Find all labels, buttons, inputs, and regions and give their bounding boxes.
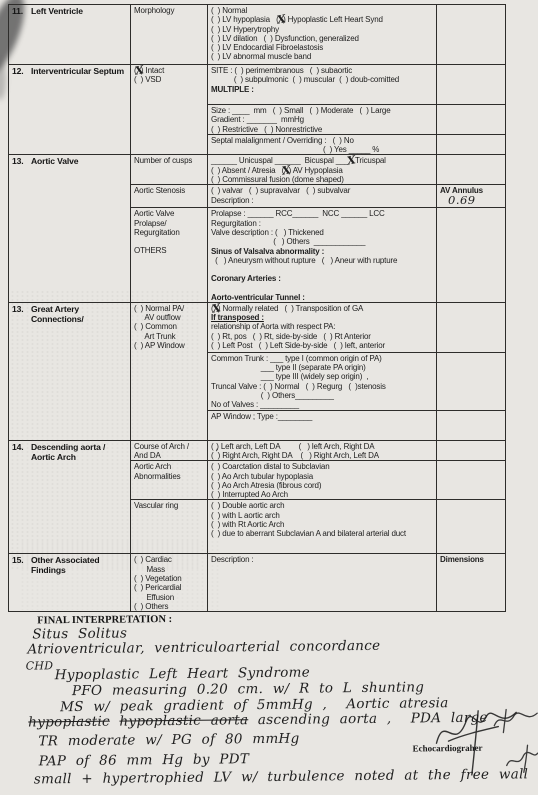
struck-word: hypoplastic <box>28 714 110 731</box>
field-label: Prolapse/ <box>134 219 204 228</box>
checkbox-option-line: ( ) with Rt Aortic Arch <box>211 520 433 529</box>
cell-prolapse-details: Prolapse : ______ RCC______ NCC ______ L… <box>208 208 437 302</box>
checkbox-option-line: ( ,) Left arch, Left DA ( ) left Arch, R… <box>211 442 433 451</box>
field-label: Morphology <box>134 6 204 15</box>
section-number: 13. <box>12 304 27 324</box>
checkbox-option-line: ( ) LV hypoplasia (X) Hypoplastic Left H… <box>211 15 433 24</box>
cell-ap-window: AP Window ; Type :________ <box>208 410 437 440</box>
margin-scribble <box>503 743 538 773</box>
field-label: Coronary Arteries : <box>211 274 433 283</box>
checkbox-option-line: Mass <box>134 565 204 574</box>
checkbox-option-line: Art Trunk <box>134 332 204 341</box>
checkbox-option-line: ( ) Normal <box>211 6 433 15</box>
cell-lv-morphology-options: ( ) Normal ( ) LV hypoplasia (X) Hypopla… <box>208 5 437 65</box>
cell-empty <box>437 105 506 135</box>
handwritten-line: CHD <box>26 659 54 672</box>
field-label: Aortic Stenosis <box>134 186 204 195</box>
cell-empty <box>437 461 506 500</box>
handwritten-x-mark: X <box>347 161 355 162</box>
checkbox-option-line: ( ) with L aortic arch <box>211 511 433 520</box>
checkbox-option-line: ( ) Vegetation <box>134 574 204 583</box>
handwritten-line: Atrioventricular, ventriculoarterial con… <box>27 638 380 658</box>
option-text: ( ) LV hypoplasia ( <box>211 15 279 24</box>
checkbox-option-line: Regurgitation : <box>211 219 433 228</box>
option-text: ) AV Hypoplasia <box>289 166 343 175</box>
option-text: Tricuspal <box>353 156 386 165</box>
scan-smudge <box>0 60 6 100</box>
checkbox-option-line: Septal malalignment / Overriding : ( ) N… <box>211 136 433 145</box>
checkbox-option-line: Prolapse : ______ RCC______ NCC ______ L… <box>211 209 433 218</box>
checkbox-option-line: ___ type II (separate PA origin) <box>211 363 433 372</box>
checkbox-option-line: AV outflow <box>134 313 204 322</box>
section-number: 14. <box>12 442 27 462</box>
cell-ga-type-options: ( ) Normal PA/ AV outflow ( ) Common Art… <box>131 302 208 440</box>
option-text: ) Left arch, Left DA ( ) left Arch, Righ… <box>216 442 374 451</box>
row-interventricular-septum: 12.Interventricular Septum (X) Intact ( … <box>9 65 506 105</box>
checkbox-option-line: Valve description : ( ) Thickened <box>211 228 433 237</box>
checkbox-option-line: ( ) subpulmonic ( ) muscular ( ) doub-co… <box>211 75 433 84</box>
section-number: 11. <box>12 6 27 16</box>
cell-ga-relation: (X) Normally related ( ) Transposition o… <box>208 302 437 352</box>
handwritten-x-mark: X <box>277 20 285 21</box>
section-title: Descending aorta / Aortic Arch <box>31 442 127 462</box>
field-label: Regurgitation <box>134 228 204 237</box>
scanned-echocardiography-report: { "colors": {"page_bg": "#e8e6e2", "ink"… <box>0 0 538 795</box>
checkbox-option-line: ( ) Commissural fusion (dome shaped) <box>211 175 433 184</box>
cell-empty <box>437 155 506 185</box>
option-text: ) Intact <box>141 66 164 75</box>
checkbox-option-line: ( ) Others ____________ <box>211 237 433 246</box>
cell-arch-course-label: Course of Arch / And DA <box>131 440 208 461</box>
option-text: ) Hypoplastic Left Heart Synd <box>283 15 383 24</box>
struck-word: hypoplastic aorta <box>119 712 248 729</box>
checkbox-option-line: ( ) LV Endocardial Fibroelastosis <box>211 43 433 52</box>
checkbox-option-line: Truncal Valve : ( ) Normal ( ) Regurg ( … <box>211 382 433 391</box>
checkbox-option-line: (X) Normally related ( ) Transposition o… <box>211 304 433 313</box>
cell-av-annulus: AV Annulus 0.69 <box>437 185 506 208</box>
handwritten-text: ascending aorta , <box>248 711 391 728</box>
cell-empty <box>437 208 506 302</box>
field-label: Abnormalities <box>134 472 204 481</box>
cell-vascular-ring-options: ( ) Double aortic arch ( ) with L aortic… <box>208 500 437 554</box>
section-title: Left Ventricle <box>31 6 83 16</box>
field-label: Vascular ring <box>134 501 204 510</box>
field-label: Description : <box>211 555 433 564</box>
cell-morphology-label: Morphology <box>131 5 208 65</box>
checkbox-option-line: ( ) VSD <box>134 75 204 84</box>
cell-cusps-options: ______ Unicuspal ______ Bicuspal ___X Tr… <box>208 155 437 185</box>
checkbox-option-line: ( ) valvar ( ) supravalvar ( ) subvalvar <box>211 186 433 195</box>
cell-arch-course-options: ( ,) Left arch, Left DA ( ) left Arch, R… <box>208 440 437 461</box>
section-number: 15. <box>12 555 27 575</box>
cell-empty <box>437 134 506 155</box>
checkbox-option-line: ( ) Double aortic arch <box>211 501 433 510</box>
cell-stenosis-label: Aortic Stenosis <box>131 185 208 208</box>
section-number: 13. <box>12 156 27 166</box>
cell-section-descending-aorta: 14.Descending aorta / Aortic Arch <box>9 440 131 554</box>
checkbox-option-line: ( ) due to aberrant Subclavian A and bil… <box>211 529 433 538</box>
field-label: relationship of Aorta with respect PA: <box>211 322 433 331</box>
cell-common-trunk: Common Trunk : ___ type I (common origin… <box>208 352 437 410</box>
field-label: And DA <box>134 451 204 460</box>
checkbox-option-line: ( ) Cardiac <box>134 555 204 564</box>
checkbox-option-line: Common Trunk : ___ type I (common origin… <box>211 354 433 363</box>
cell-section-left-ventricle: 11.Left Ventricle <box>9 5 131 65</box>
row-left-ventricle: 11.Left Ventricle Morphology ( ) Normal … <box>9 5 506 65</box>
cell-section-great-artery: 13.Great Artery Connections/ <box>9 302 131 440</box>
cell-section-aortic-valve: 13.Aortic Valve <box>9 155 131 302</box>
field-label: OTHERS <box>134 246 204 255</box>
section-title: Interventricular Septum <box>31 66 124 76</box>
option-text: ______ Unicuspal ______ Bicuspal ___ <box>211 156 349 165</box>
cell-empty <box>437 410 506 440</box>
row-great-artery: 13.Great Artery Connections/ ( ) Normal … <box>9 302 506 352</box>
checkbox-option-line: ( ) Restrictive ( ) Nonrestrictive <box>211 125 433 134</box>
section-number: 12. <box>12 66 27 76</box>
checkbox-option-line: (X) Intact <box>134 66 204 75</box>
checkbox-option-line: No of Valves : _________ <box>211 400 433 409</box>
section-title: Other Associated Findings <box>31 555 127 575</box>
cell-empty <box>437 65 506 105</box>
cell-cusps-label: Number of cusps <box>131 155 208 185</box>
checkbox-option-line: ( ) Coarctation distal to Subclavian <box>211 462 433 471</box>
handwritten-x-mark: X <box>212 308 220 309</box>
checkbox-option-line: ( ) Rt, pos ( ) Rt, side-by-side ( ) Rt … <box>211 332 433 341</box>
handwritten-line: hypoplastic hypoplastic aorta ascending … <box>28 710 488 731</box>
checkbox-option-line: ( ) Ao Arch Atresia (fibrous cord) <box>211 481 433 490</box>
checkbox-option-line: ______ Unicuspal ______ Bicuspal ___X Tr… <box>211 156 433 165</box>
cell-arch-abnormalities-options: ( ) Coarctation distal to Subclavian ( )… <box>208 461 437 500</box>
cell-empty <box>437 302 506 352</box>
checkbox-option-line: ___ type III (widely sep origin) , <box>211 372 433 381</box>
checkbox-option-line: ( ) Interrupted Ao Arch <box>211 490 433 499</box>
cell-prolapse-label: Aortic Valve Prolapse/ Regurgitation OTH… <box>131 208 208 302</box>
checkbox-option-line: ( ) LV abnormal muscle band <box>211 52 433 61</box>
cell-section-ivs: 12.Interventricular Septum <box>9 65 131 155</box>
checkbox-option-line: ( ) LV Hyperytrophy <box>211 25 433 34</box>
row-aortic-valve: 13.Aortic Valve Number of cusps ______ U… <box>9 155 506 185</box>
checkbox-option-line: Gradient : _______ mmHg <box>211 115 433 124</box>
checkbox-option-line: ( ) Left Post ( ) Left Side-by-side ( ) … <box>211 341 433 350</box>
cell-vsd-size: Size : ____ mm ( ) Small ( ) Moderate ( … <box>208 105 437 135</box>
field-label: Aorto-ventricular Tunnel : <box>211 293 433 302</box>
field-label: Dimensions <box>440 555 502 564</box>
handwritten-value-av-annulus: 0.69 <box>448 196 502 205</box>
section-title: Great Artery Connections/ <box>31 304 127 324</box>
cell-ivs-status: (X) Intact ( ) VSD <box>131 65 208 155</box>
cell-empty <box>437 440 506 461</box>
field-label: Aortic Valve <box>134 209 204 218</box>
cell-empty <box>437 352 506 410</box>
checkbox-option-line: ( ) Ao Arch tubular hypoplasia <box>211 472 433 481</box>
checkbox-option-line: ( ) LV dilation ( ) Dysfunction, general… <box>211 34 433 43</box>
field-label: Aortic Arch <box>134 462 204 471</box>
final-interpretation-section: FINAL INTERPRETATION : Situs Solitus Atr… <box>0 597 538 795</box>
checkbox-option-line: SITE : ( ) perimembranous ( ) subaortic <box>211 66 433 75</box>
checkbox-option-line: ( ) Others_________ <box>211 391 433 400</box>
handwritten-line: TR moderate w/ PG of 80 mmHg <box>38 731 299 750</box>
cell-empty <box>437 5 506 65</box>
handwritten-x-mark: X <box>282 170 290 171</box>
checkbox-option-line: ( ) Normal PA/ <box>134 304 204 313</box>
checkbox-option-line: ( ) Aneurysm without rupture ( ) Aneur w… <box>211 256 433 265</box>
field-label: Course of Arch / <box>134 442 204 451</box>
cell-vascular-ring-label: Vascular ring <box>131 500 208 554</box>
cell-empty <box>437 500 506 554</box>
field-label: MULTIPLE : <box>211 85 433 94</box>
echo-report-table: 11.Left Ventricle Morphology ( ) Normal … <box>8 4 506 612</box>
handwritten-line: PAP of 86 mm Hg by PDT <box>39 751 250 769</box>
checkbox-option-line: Description : <box>211 196 433 205</box>
cell-stenosis-options: ( ) valvar ( ) supravalvar ( ) subvalvar… <box>208 185 437 208</box>
cell-arch-abnormalities-label: Aortic Arch Abnormalities <box>131 461 208 500</box>
checkbox-option-line: ( ) Common <box>134 322 204 331</box>
option-text: ) Normally related ( ) Transposition of … <box>218 304 363 313</box>
checkbox-option-line: ( ) Yes _____ % <box>211 145 433 154</box>
option-text: ( ) Absent / Atresia ( <box>211 166 284 175</box>
handwritten-x-mark: X <box>135 70 143 71</box>
final-interpretation-title: FINAL INTERPRETATION : <box>37 614 172 626</box>
checkbox-option-line: ( ) Right Arch, Right DA ( ) Right Arch,… <box>211 451 433 460</box>
checkbox-option-line: ( ) Absent / Atresia (X) AV Hypoplasia <box>211 166 433 175</box>
row-descending-aorta: 14.Descending aorta / Aortic Arch Course… <box>9 440 506 461</box>
cell-vsd-site: SITE : ( ) perimembranous ( ) subaortic … <box>208 65 437 105</box>
field-label: If transposed : <box>211 313 433 322</box>
checkbox-option-line: AP Window ; Type :________ <box>211 412 433 421</box>
cell-septal-malalignment: Septal malalignment / Overriding : ( ) N… <box>208 134 437 155</box>
checkbox-option-line: Size : ____ mm ( ) Small ( ) Moderate ( … <box>211 106 433 115</box>
checkbox-option-line: ( ) Pericardial <box>134 583 204 592</box>
margin-scribble <box>492 705 538 733</box>
checkbox-option-line: ( ) AP Window <box>134 341 204 350</box>
section-title: Aortic Valve <box>31 156 78 166</box>
field-label: Number of cusps <box>134 156 204 165</box>
field-label: Sinus of Valsalva abnormality : <box>211 247 433 256</box>
